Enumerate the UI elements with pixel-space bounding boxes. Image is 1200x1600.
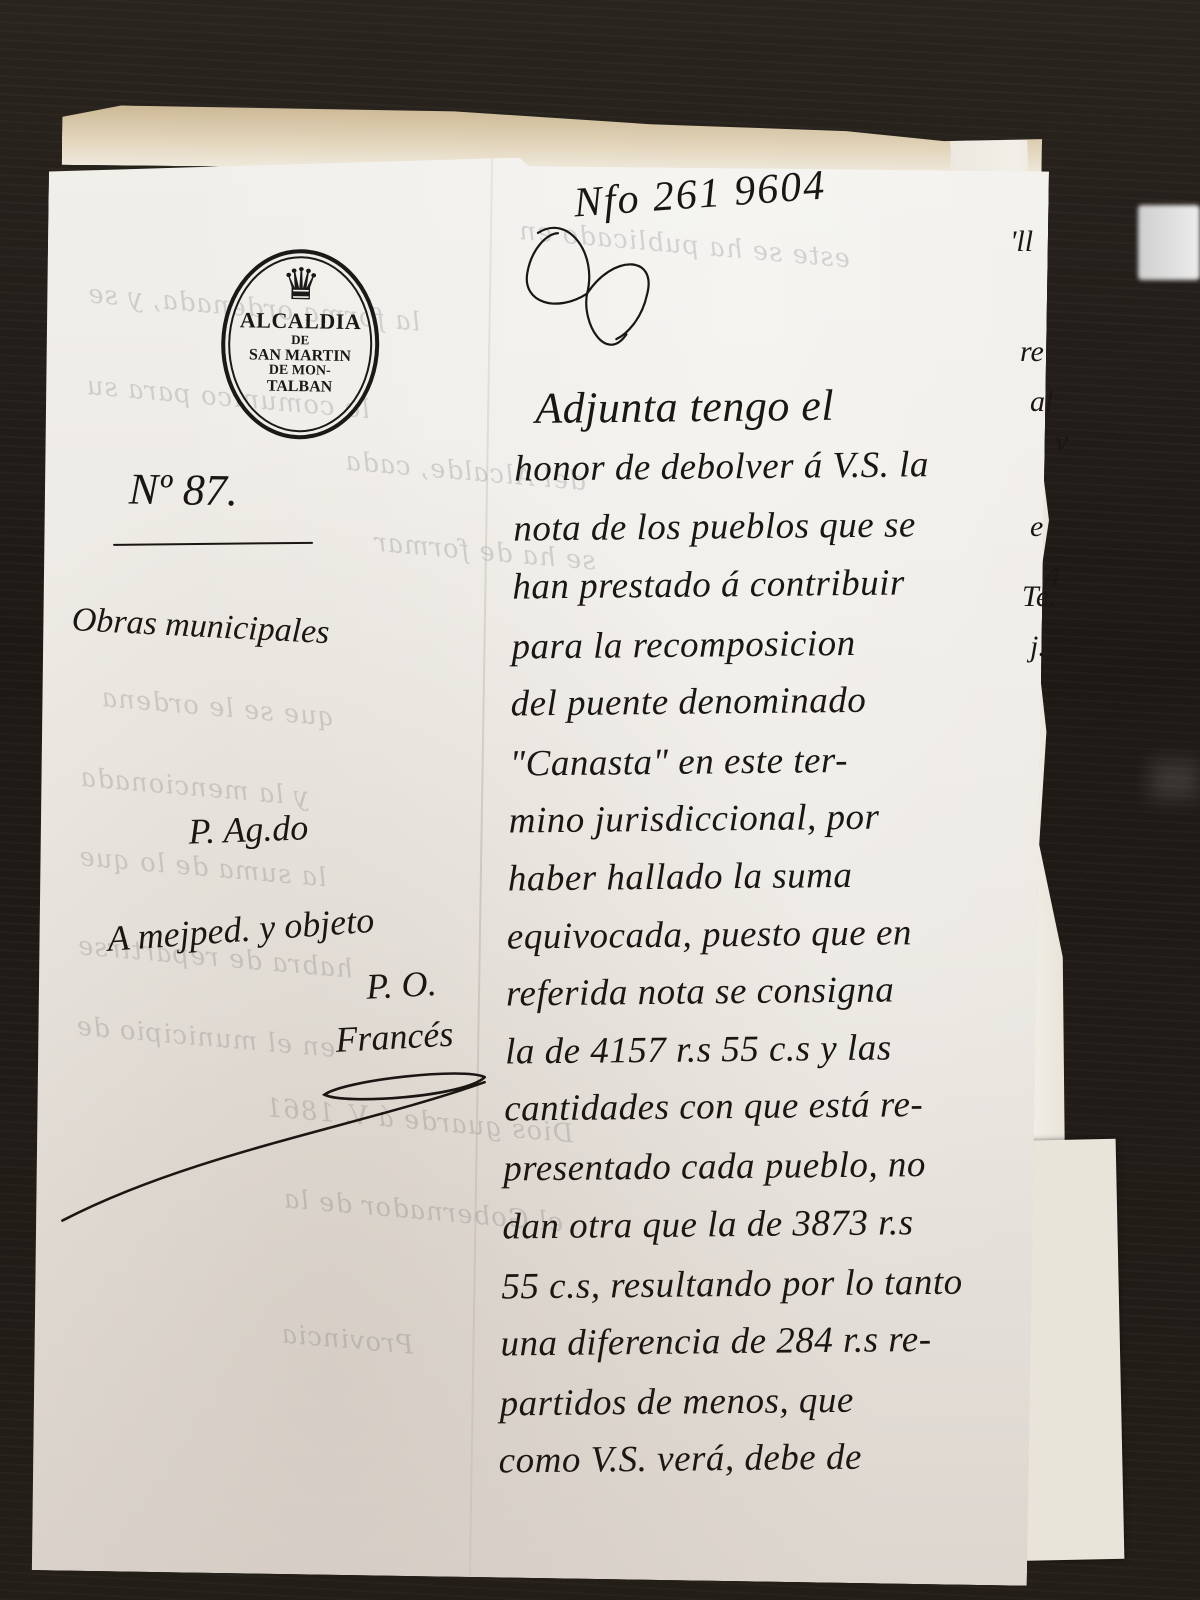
window-reflection: [1138, 205, 1200, 280]
heart-doodle-icon: [516, 213, 668, 355]
body-line: la de 4157 r.s 55 c.s y las: [505, 1026, 892, 1073]
body-line: referida nota se consigna: [506, 968, 895, 1015]
bleed-through-text: que se le ordena: [100, 683, 336, 733]
body-line: mino jurisdiccional, por: [509, 796, 880, 843]
document-page: este se ha publicado en la forma ordenad…: [27, 150, 1049, 1586]
margin-note: P. O.: [365, 962, 438, 1008]
page-fold-line: [469, 157, 493, 1577]
signature-flourish: [42, 1030, 505, 1257]
document-subject: Obras municipales: [71, 601, 330, 652]
body-line: haber hallado la suma: [508, 854, 853, 901]
edge-text-fragment: re: [1020, 335, 1044, 369]
light-reflection: [1150, 760, 1200, 800]
stamp-line: TALBAN: [224, 377, 374, 396]
body-line: una diferencia de 284 r.s re-: [500, 1318, 931, 1366]
document-number: Nº 87.: [129, 464, 239, 517]
edge-text-fragment: e: [1030, 510, 1043, 544]
body-line: del puente denominado: [510, 679, 866, 726]
crown-icon: ♛: [226, 262, 377, 308]
body-line: nota de los pueblos que se: [513, 503, 916, 550]
edge-text-fragment: j.: [1030, 630, 1046, 664]
bleed-through-text: Provincia: [280, 1319, 415, 1360]
body-line: equivocada, puesto que en: [507, 911, 912, 958]
bleed-through-text: y la mencionada: [78, 763, 309, 813]
archive-reference-number: Nfo 261 9604: [572, 161, 827, 227]
edge-text-fragment: al: [1030, 385, 1053, 419]
underlying-aged-sheet: [62, 105, 1043, 175]
body-line: Adjunta tengo el: [535, 380, 834, 434]
body-line: cantidades con que está re-: [504, 1083, 923, 1130]
margin-note: P. Ag.do: [188, 806, 309, 852]
stamp-line: ALCALDIA: [225, 308, 375, 334]
body-line: presentado cada pueblo, no: [503, 1143, 926, 1190]
body-line: han prestado á contribuir: [512, 561, 905, 608]
body-line: para la recomposicion: [511, 622, 856, 669]
body-line: dan otra que la de 3873 r.s: [502, 1201, 914, 1248]
number-underline: [113, 542, 313, 546]
body-line: 55 c.s, resultando por lo tanto: [501, 1261, 963, 1309]
edge-text-fragment: Te.: [1022, 580, 1057, 614]
edge-text-fragment: v: [1055, 425, 1068, 459]
body-line: como V.S. verá, debe de: [498, 1436, 862, 1483]
body-line: partidos de menos, que: [499, 1379, 854, 1426]
body-line: honor de debolver á V.S. la: [514, 443, 929, 490]
body-line: "Canasta" en este ter-: [509, 739, 848, 786]
edge-text-fragment: 'll: [1010, 225, 1033, 259]
